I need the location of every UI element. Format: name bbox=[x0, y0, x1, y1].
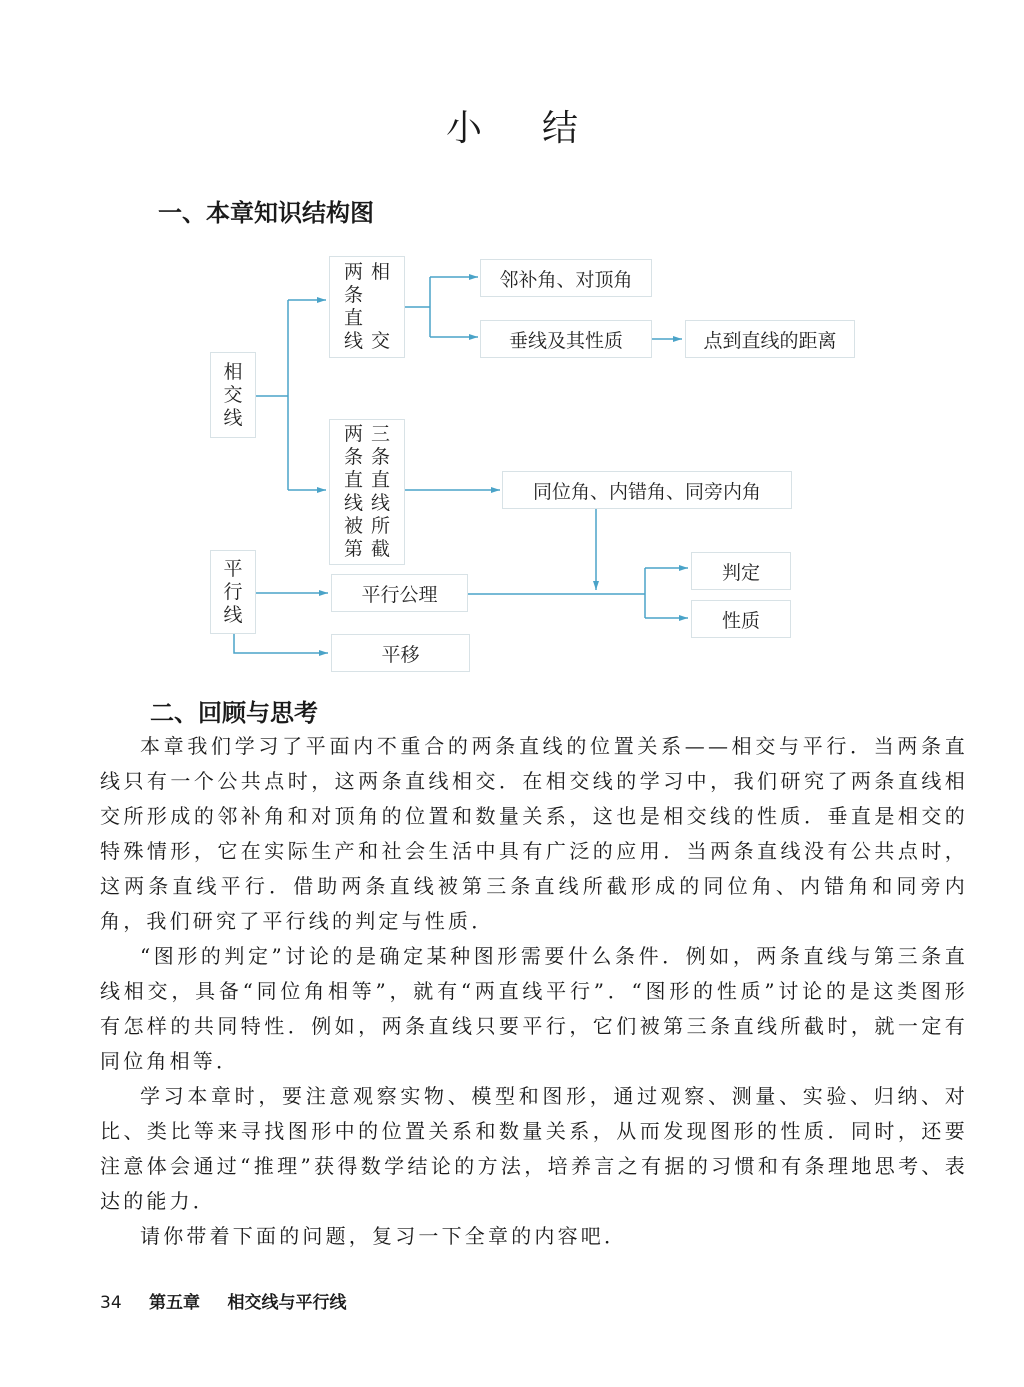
review-paragraph: 本章我们学习了平面内不重合的两条直线的位置关系——相交与平行．当两条直线只有一个… bbox=[100, 729, 968, 939]
chapter-title: 相交线与平行线 bbox=[227, 1293, 346, 1313]
node-label-col-1: 两条直线 bbox=[344, 261, 363, 353]
node-properties: 性质 bbox=[691, 600, 791, 638]
node-two-lines-intersect: 两条直线 相交 bbox=[329, 256, 405, 358]
review-body: 本章我们学习了平面内不重合的两条直线的位置关系——相交与平行．当两条直线只有一个… bbox=[100, 729, 968, 1254]
node-label-col-2: 三条直线所截 bbox=[371, 423, 390, 561]
node-criteria: 判定 bbox=[691, 552, 791, 590]
node-angle-types: 同位角、内错角、同旁内角 bbox=[502, 471, 792, 509]
node-perpendicular-properties: 垂线及其性质 bbox=[480, 320, 652, 358]
node-parallel-lines: 平行线 bbox=[210, 550, 256, 634]
chapter-label: 第五章 bbox=[149, 1293, 200, 1313]
review-paragraph: 请你带着下面的问题，复习一下全章的内容吧． bbox=[100, 1219, 968, 1254]
node-label: 平行线 bbox=[223, 558, 242, 627]
node-adjacent-vertical-angles: 邻补角、对顶角 bbox=[480, 259, 652, 297]
node-label-col-1: 两条直线被第 bbox=[344, 423, 363, 561]
page-number: 34 bbox=[100, 1293, 122, 1313]
node-translation: 平移 bbox=[331, 634, 470, 672]
node-parallel-postulate: 平行公理 bbox=[331, 574, 468, 612]
node-point-line-distance: 点到直线的距离 bbox=[685, 320, 855, 358]
section-heading-review: 二、回顾与思考 bbox=[150, 693, 318, 728]
knowledge-structure-diagram: 相交线 两条直线 相交 邻补角、对顶角 垂线及其性质 点到直线的距离 两条直线被… bbox=[0, 0, 1024, 700]
node-label-col-2: 相交 bbox=[371, 261, 390, 353]
review-paragraph: 学习本章时，要注意观察实物、模型和图形，通过观察、测量、实验、归纳、对比、类比等… bbox=[100, 1079, 968, 1219]
review-paragraph: “图形的判定”讨论的是确定某种图形需要什么条件．例如，两条直线与第三条直线相交，… bbox=[100, 939, 968, 1079]
node-intersecting-lines: 相交线 bbox=[210, 352, 256, 438]
page-footer: 34 第五章 相交线与平行线 bbox=[100, 1288, 346, 1313]
node-label: 相交线 bbox=[223, 361, 242, 430]
node-transversal: 两条直线被第 三条直线所截 bbox=[329, 419, 405, 565]
